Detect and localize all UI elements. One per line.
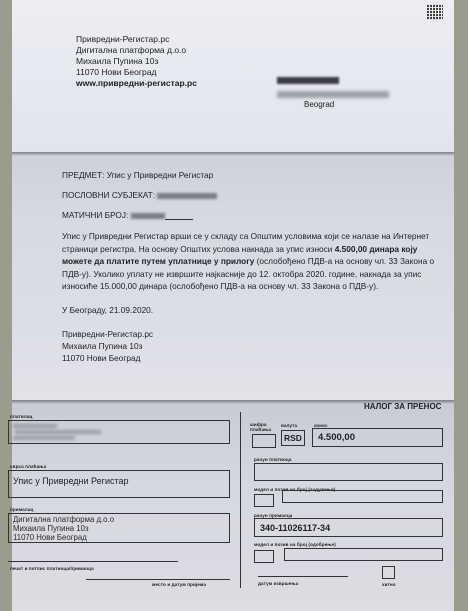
recipient-lines: Дигитална платформа д.о.о Михаила Пупина… — [13, 515, 114, 543]
redacted-address — [277, 91, 389, 98]
signature-line: 11070 Нови Београд — [62, 352, 442, 364]
redacted-payer — [15, 430, 101, 434]
document-paper: Привредни-Регистар.рс Дигитална платформ… — [12, 0, 454, 611]
execution-date-line — [258, 576, 348, 577]
model-credit-field[interactable] — [254, 550, 274, 563]
payer-label: платилац — [10, 414, 32, 419]
subject-label: ПРЕДМЕТ: — [62, 170, 104, 180]
recipient-line: Михаила Пупина 10з — [13, 524, 114, 533]
purpose-label: сврха плаћања — [10, 464, 46, 469]
qr-code-icon — [427, 4, 443, 20]
recipient-account-value: 340-11026117-34 — [260, 523, 330, 533]
signature-label: печат и потпис платиоца/примаоца — [10, 566, 94, 571]
recipient-city: Beograd — [302, 100, 336, 109]
currency-label: валута — [281, 423, 297, 428]
amount-value: 4.500,00 — [318, 432, 355, 443]
execution-date-label: датум извршења — [258, 581, 298, 586]
model-debit-field[interactable] — [254, 494, 274, 507]
fold-line — [12, 152, 454, 156]
payment-code-label: шифра плаћања — [250, 422, 272, 432]
reference-credit-field[interactable] — [284, 548, 443, 561]
payer-field — [8, 420, 230, 444]
redacted-business-name — [157, 193, 217, 199]
redacted-payer — [13, 436, 75, 440]
sender-line: Михаила Пупина 10з — [76, 56, 197, 67]
slip-divider — [240, 412, 241, 588]
recipient-label: прималац — [10, 507, 33, 512]
payer-account-field[interactable] — [254, 463, 443, 481]
sender-website: www.привредни-регистар.рс — [76, 78, 197, 89]
subject-row: ПРЕДМЕТ: Упис у Привредни Регистар — [62, 170, 442, 180]
sender-line: Привредни-Регистар.рс — [76, 34, 197, 45]
redacted-id-number — [131, 213, 165, 219]
signature-line — [8, 561, 178, 562]
reference-debit-field[interactable] — [282, 490, 443, 503]
business-label: ПОСЛОВНИ СУБЈЕКАТ: — [62, 190, 155, 200]
id-underline — [165, 219, 193, 220]
business-row: ПОСЛОВНИ СУБЈЕКАТ: — [62, 190, 442, 200]
urgent-checkbox[interactable] — [382, 566, 395, 579]
letter-body: ПРЕДМЕТ: Упис у Привредни Регистар ПОСЛО… — [62, 170, 442, 364]
slip-title: НАЛОГ ЗА ПРЕНОС — [364, 402, 441, 411]
recipient-account-field: 340-11026117-34 — [254, 518, 443, 537]
signature-line: Привредни-Регистар.рс — [62, 328, 442, 340]
place-date-label: место и датум пријема — [152, 582, 206, 587]
redacted-payer — [13, 424, 57, 428]
sender-address: Привредни-Регистар.рс Дигитална платформ… — [76, 34, 197, 89]
urgent-label: хитно — [382, 582, 396, 587]
id-label: МАТИЧНИ БРОЈ: — [62, 210, 128, 220]
model-credit-label: модел и позив на број (одобрење) — [254, 542, 336, 547]
letter-date: У Београду, 21.09.2020. — [62, 305, 442, 315]
currency-field: RSD — [281, 430, 305, 446]
sender-line: 11070 Нови Београд — [76, 67, 197, 78]
purpose-value: Упис у Привредни Регистар — [13, 476, 129, 486]
payment-code-field[interactable] — [252, 434, 276, 448]
currency-value: RSD — [284, 433, 302, 443]
payer-account-label: рачун платиоца — [254, 457, 291, 462]
recipient-line: Дигитална платформа д.о.о — [13, 515, 114, 524]
recipient-line: 11070 Нови Београд — [13, 533, 114, 542]
id-row: МАТИЧНИ БРОЈ: — [62, 210, 442, 220]
subject-value: Упис у Привредни Регистар — [107, 170, 214, 180]
amount-field: 4.500,00 — [312, 428, 443, 447]
place-date-line — [86, 579, 230, 580]
signature-line: Михаила Пупина 10з — [62, 340, 442, 352]
purpose-field: Упис у Привредни Регистар — [8, 470, 230, 498]
sender-line: Дигитална платформа д.о.о — [76, 45, 197, 56]
recipient-address: Beograd — [277, 73, 397, 113]
letter-paragraph: Упис у Привредни Регистар врши се у скла… — [62, 230, 442, 293]
letter-signature: Привредни-Регистар.рс Михаила Пупина 10з… — [62, 328, 442, 364]
recipient-field: Дигитална платформа д.о.о Михаила Пупина… — [8, 513, 230, 543]
redacted-name — [277, 77, 339, 84]
